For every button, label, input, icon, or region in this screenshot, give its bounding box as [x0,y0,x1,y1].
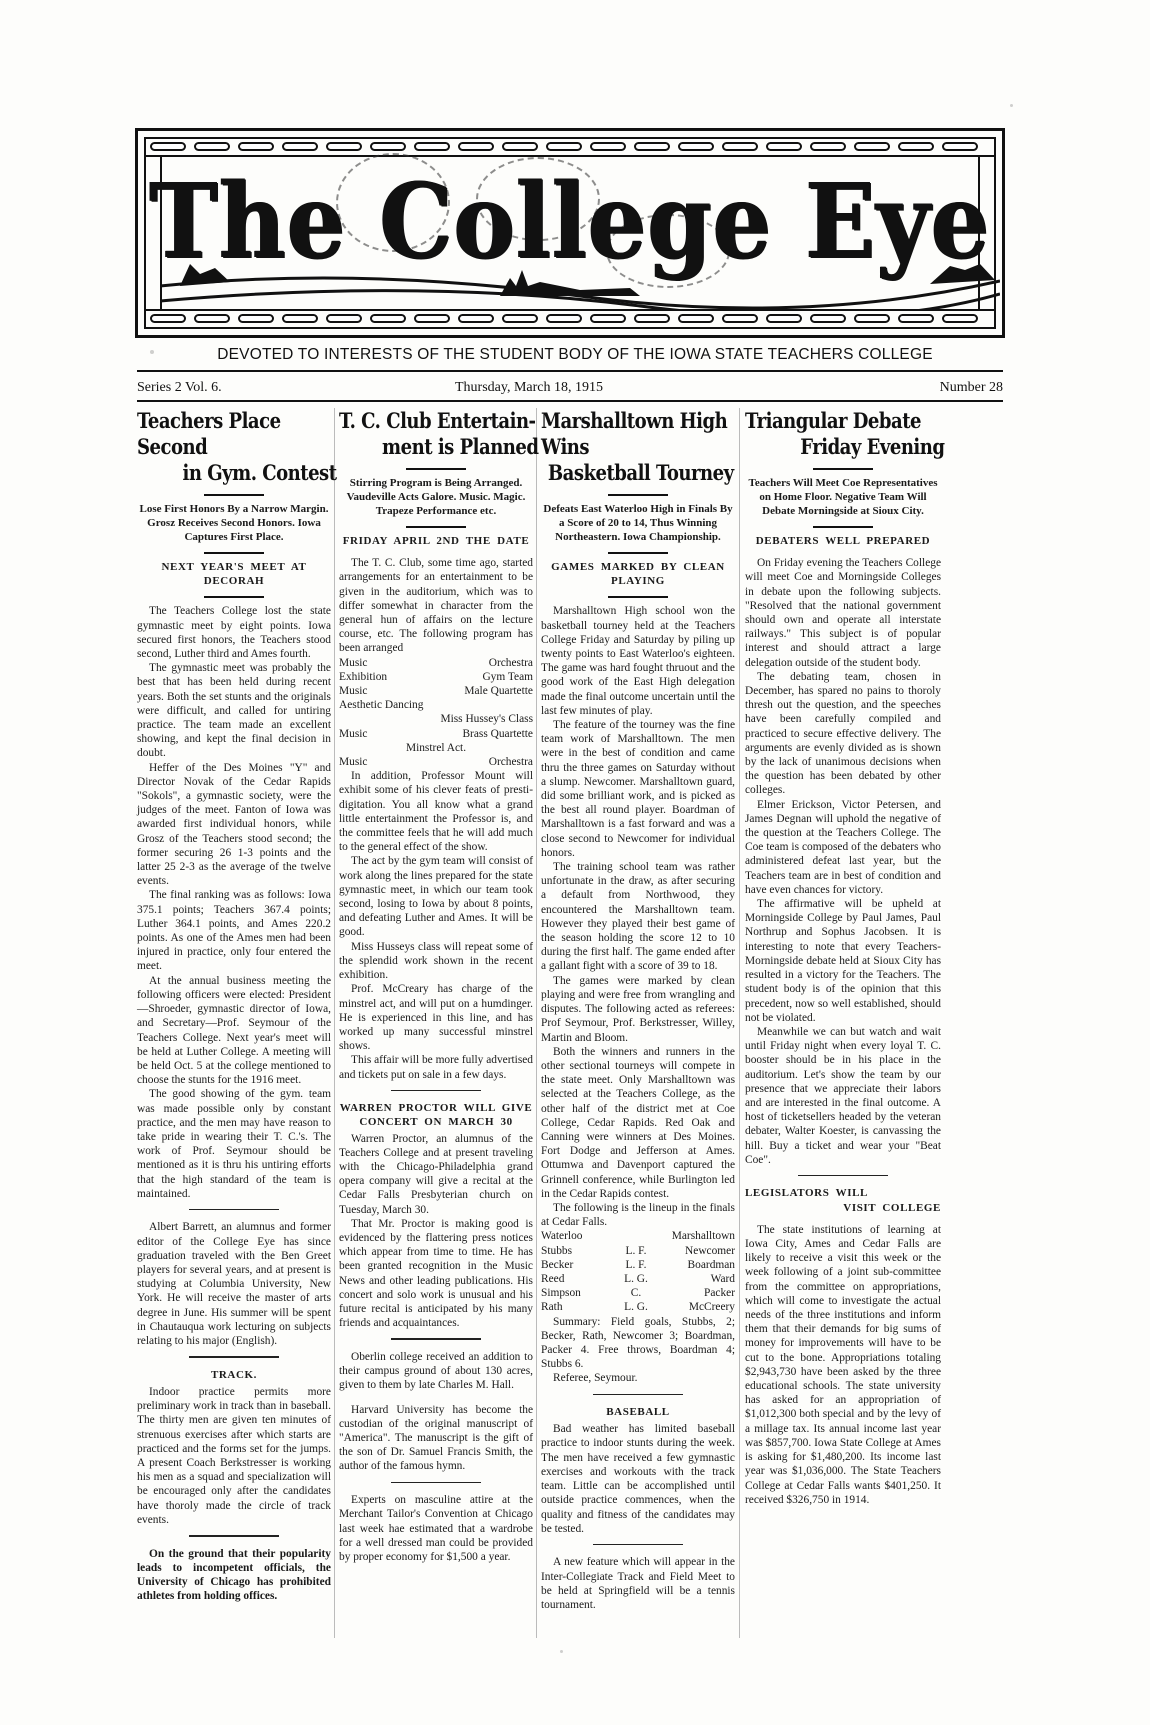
chain-link [898,142,934,151]
scan-speck [560,1650,563,1653]
masthead-frame: The College Eye [135,128,1005,338]
paragraph: In addition, Professor Mount will exhibi… [339,769,533,854]
chain-link [634,314,670,323]
masthead-inner-border: The College Eye [144,137,996,329]
divider [391,1090,481,1092]
chain-link [942,314,978,323]
headline: T. C. Club Entertain- ment is Planned [339,408,539,460]
divider [593,1544,683,1546]
chain-link [502,142,538,151]
chain-link [326,142,362,151]
paragraph: The debating team, chosen in December, h… [745,670,941,798]
paragraph: Marshalltown High school won the basketb… [541,604,735,718]
paragraph: The feature of the tourney was the fine … [541,718,735,860]
column-divider [334,408,335,1638]
program-row: ExhibitionGym Team [339,670,533,684]
divider [608,494,668,496]
paragraph: Both the winners and runners in the othe… [541,1045,735,1201]
chain-link [282,142,318,151]
lineup-row: BeckerL. F.Boardman [541,1258,735,1272]
divider [813,468,873,470]
article-gym-contest: Teachers Place Second in Gym. Contest Lo… [137,408,331,1603]
chain-link [634,142,670,151]
subhead: GAMES MARKED BY CLEAN PLAYING [541,560,735,588]
chain-link [458,314,494,323]
scan-speck [150,350,154,354]
chain-link [810,314,846,323]
chain-link [546,314,582,323]
news-item-tennis: A new feature which will appear in the I… [541,1555,735,1612]
summary: Summary: Field goals, Stubbs, 2; Becker,… [541,1315,735,1372]
chain-link [678,314,714,323]
news-item-chicago: On the ground that their popularity lead… [137,1547,331,1604]
chain-link [590,142,626,151]
program-row: MusicBrass Quartette [339,727,533,741]
news-item-tailor: Experts on masculine attire at the Merch… [339,1493,533,1564]
chain-link [854,142,890,151]
deck: Lose First Honors By a Narrow Margin. Gr… [137,502,331,544]
chain-link [458,142,494,151]
divider [391,1338,481,1340]
dateline: Series 2 Vol. 6. Thursday, March 18, 191… [137,380,1003,398]
news-item-harvard: Harvard University has become the custod… [339,1403,533,1474]
divider [813,526,873,528]
legislators-heading: LEGISLATORS WILL [745,1186,941,1200]
proctor-heading: WARREN PROCTOR WILL GIVE CONCERT ON MARC… [339,1101,533,1129]
paragraph: On Friday evening the Teachers College w… [745,556,941,670]
baseball-paragraph: Bad weather has limited baseball practic… [541,1422,735,1536]
landscape-illustration [160,256,1000,311]
issue-date: Thursday, March 18, 1915 [455,380,603,396]
divider [391,1482,481,1484]
chain-link [238,142,274,151]
paragraph: Elmer Erickson, Victor Petersen, and Jam… [745,798,941,897]
paragraph: The affirmative will be upheld at Mornin… [745,897,941,1025]
lineup-row: ReedL. G.Ward [541,1272,735,1286]
paragraph: At the annual business meeting the follo… [137,974,331,1088]
article-basketball: Marshalltown High Wins Basketball Tourne… [541,408,735,1612]
chain-link [722,314,758,323]
referee: Referee, Seymour. [541,1371,735,1385]
paragraph: The gymnastic meet was probably the best… [137,661,331,760]
paragraph: The Teachers College lost the state gymn… [137,604,331,661]
column-divider [536,408,537,1638]
paragraph: This affair will be more fully advertise… [339,1053,533,1081]
chain-link [898,314,934,323]
deck: Defeats East Waterloo High in Finals By … [541,502,735,544]
program-row: Aesthetic Dancing [339,698,533,712]
article-tc-club: T. C. Club Entertain- ment is Planned St… [339,408,533,1564]
divider [406,526,466,528]
divider [204,596,264,598]
top-rule [137,370,1003,372]
divider [406,468,466,470]
divider [189,1535,279,1537]
lineup-row: StubbsL. F.Newcomer [541,1244,735,1258]
spacer [339,1393,533,1403]
series-volume: Series 2 Vol. 6. [137,380,222,396]
chain-link [370,314,406,323]
chain-link [194,314,230,323]
chain-link [546,142,582,151]
program-row: MusicOrchestra [339,755,533,769]
divider [608,552,668,554]
intro-paragraph: The T. C. Club, some time ago, started a… [339,556,533,655]
chain-link [414,314,450,323]
paragraph: The training school team was rather unfo… [541,860,735,974]
chain-link [854,314,890,323]
divider [189,1209,279,1211]
subhead: FRIDAY APRIL 2ND THE DATE [339,534,533,548]
dateline-rule [137,400,1003,402]
masthead-motto: DEVOTED TO INTERESTS OF THE STUDENT BODY… [0,346,1150,364]
track-heading: TRACK. [137,1368,331,1382]
paragraph: The final ranking was as follows: Iowa 3… [137,888,331,973]
lineup-header: WaterlooMarshalltown [541,1229,735,1243]
headline: Triangular Debate Friday Evening [745,408,945,460]
chain-link [942,142,978,151]
chain-link [722,142,758,151]
column-divider [739,408,740,1638]
divider [798,1175,888,1177]
lineup-row: RathL. G.McCreery [541,1300,735,1314]
divider [608,596,668,598]
paragraph: Heffer of the Des Moines "Y" and Directo… [137,761,331,889]
chain-link [766,314,802,323]
paragraph: That Mr. Proctor is making good is evide… [339,1217,533,1331]
divider [593,1394,683,1396]
chain-link [150,142,186,151]
chain-link [238,314,274,323]
divider [204,494,264,496]
paragraph: The act by the gym team will consist of … [339,854,533,939]
chain-link [810,142,846,151]
paragraph: Miss Husseys class will repeat some of t… [339,940,533,983]
legislators-paragraph: The state institutions of learning at Io… [745,1223,941,1507]
divider [189,1356,279,1358]
deck: Stirring Program is Being Arranged. Vaud… [339,476,533,518]
paragraph: Prof. McCreary has charge of the minstre… [339,982,533,1053]
news-item-barrett: Albert Barrett, an alumnus and former ed… [137,1220,331,1348]
program-row: Minstrel Act. [339,741,533,755]
program-row: MusicOrchestra [339,656,533,670]
chain-link [370,142,406,151]
chain-link [414,142,450,151]
subhead: DEBATERS WELL PREPARED [745,534,941,548]
chain-link [502,314,538,323]
issue-number: Number 28 [940,380,1003,396]
lineup-row: SimpsonC.Packer [541,1286,735,1300]
headline: Marshalltown High Wins Basketball Tourne… [541,408,741,486]
article-debate: Triangular Debate Friday Evening Teacher… [745,408,941,1507]
deck: Teachers Will Meet Coe Representatives o… [745,476,941,518]
program-row: Miss Hussey's Class [339,712,533,726]
legislators-heading: VISIT COLLEGE [745,1201,941,1215]
chain-link [150,314,186,323]
chain-link [766,142,802,151]
paragraph: The following is the lineup in the final… [541,1201,735,1229]
chain-link [590,314,626,323]
news-item-oberlin: Oberlin college received an addition to … [339,1350,533,1393]
paragraph: Meanwhile we can but watch and wait unti… [745,1025,941,1167]
chain-link [326,314,362,323]
baseball-heading: BASEBALL [541,1405,735,1419]
program-row: MusicMale Quartette [339,684,533,698]
chain-border-top [146,139,994,157]
chain-link [282,314,318,323]
divider [204,552,264,554]
newspaper-page: The College Eye DEVOTED TO INTERESTS OF … [0,0,1150,1725]
chain-link [194,142,230,151]
paragraph: The games were marked by clean playing a… [541,974,735,1045]
subhead: NEXT YEAR'S MEET AT DECORAH [137,560,331,588]
chain-border-bottom [146,309,994,327]
chain-link [678,142,714,151]
paragraph: The good showing of the gym. team was ma… [137,1087,331,1201]
track-paragraph: Indoor practice permits more preliminary… [137,1385,331,1527]
paragraph: Warren Proctor, an alumnus of the Teache… [339,1132,533,1217]
headline: Teachers Place Second in Gym. Contest [137,408,337,486]
scan-speck [1010,104,1013,107]
